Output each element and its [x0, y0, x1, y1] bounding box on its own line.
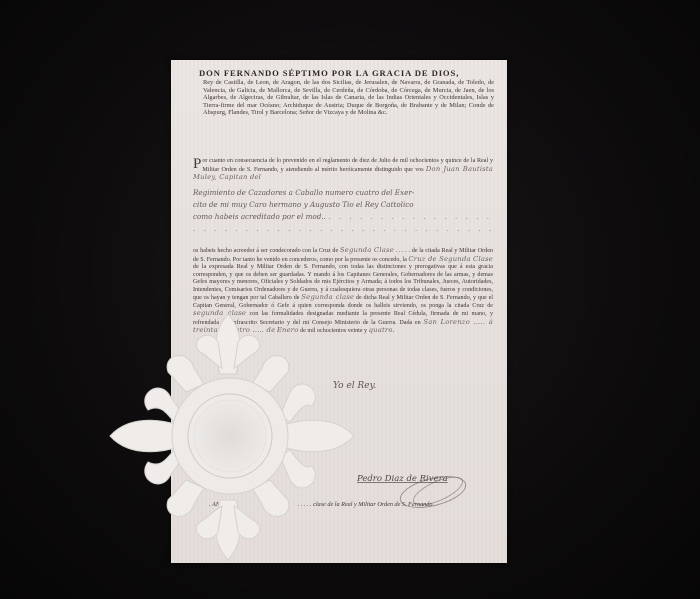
- fleur-de-lis-seal-icon: [108, 312, 358, 562]
- handwritten-line-2: Regimiento de Cazadores a Caballo numero…: [193, 188, 493, 197]
- handwritten-cross-3: Segunda clase: [301, 293, 354, 301]
- dropcap: P: [193, 159, 201, 169]
- dotted-line: . . . . . . . . . . . . . . . . . . . . …: [193, 224, 493, 233]
- handwritten-year: quatro.: [369, 326, 395, 334]
- handwritten-line-4-text: como habeis acreditado por el mod..: [193, 212, 326, 221]
- handwritten-cross-class: Segunda Clase: [340, 246, 394, 254]
- paragraph-1: P or cuanto en consecuencia de lo preven…: [193, 158, 493, 183]
- handwritten-cross-2: Cruz de Segunda Clase: [408, 255, 493, 263]
- dotted-fill: . . . . . . . . . . . . . . . . . . . . …: [328, 212, 493, 221]
- document-heading: DON FERNANDO SÉPTIMO POR LA GRACIA DE DI…: [199, 68, 494, 78]
- handwritten-line-4: como habeis acreditado por el mod.. . . …: [193, 212, 493, 221]
- dotted-fill-2: . . . . . . . . . . . . . . . . . . . . …: [193, 224, 493, 233]
- p2-text-a: os habeis hecho acreedor á ser condecora…: [193, 248, 338, 254]
- handwritten-line-3: cito de mi muy Caro hermano y Augusto Ti…: [193, 200, 493, 209]
- royal-titles: Rey de Castilla, de Leon, de Aragon, de …: [203, 79, 494, 117]
